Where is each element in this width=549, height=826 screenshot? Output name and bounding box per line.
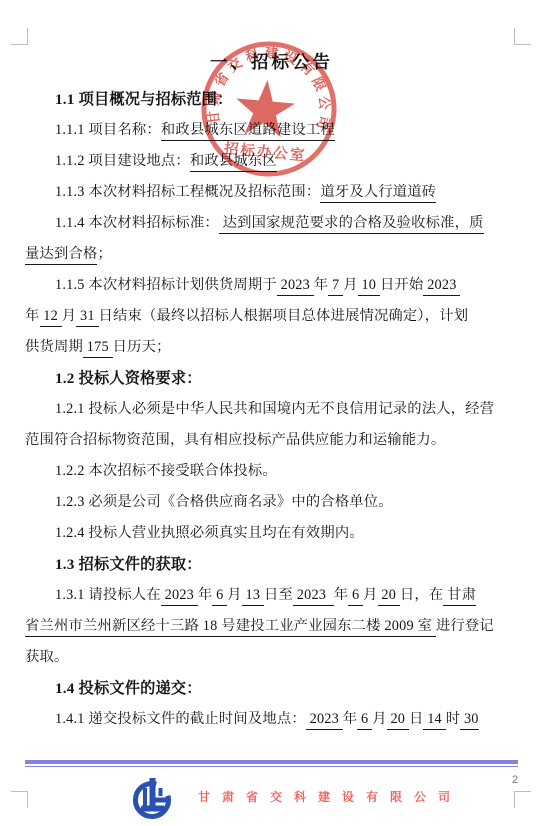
logo-tower-left	[143, 788, 147, 806]
paragraph-line: 供货周期 175 日历天；	[25, 332, 518, 363]
text-segment: 供货周期	[25, 339, 83, 355]
text-segment: 月	[343, 277, 358, 293]
paragraph-line: 1.2.1 投标人必须是中华人民共和国境内无不良信用记录的法人，经营	[25, 394, 518, 425]
text-segment: 年	[343, 711, 358, 727]
paragraph-line: 1.1.1 项目名称：和政县城东区道路建设工程	[25, 115, 518, 146]
document-lines: 1.1 项目概况与招标范围：1.1.1 项目名称：和政县城东区道路建设工程1.1…	[25, 84, 518, 735]
paragraph-line: 1.1.4 本次材料招标标准： 达到国家规范要求的合格及验收标准，质	[25, 208, 518, 239]
underlined-value: 13	[242, 587, 264, 606]
text-segment: 1.1 项目概况与招标范围：	[55, 91, 232, 108]
text-segment: 月	[363, 587, 378, 603]
text-segment: 1.1.4 本次材料招标标准：	[55, 215, 219, 231]
text-segment: 1.1.3 本次材料招标工程概况及招标范围：	[55, 184, 320, 200]
text-segment: 日至	[264, 587, 293, 603]
underlined-value: 省兰州市兰州新区经十三路 18 号建投工业产业园东二楼 2009 室	[25, 618, 436, 637]
text-segment: 范围符合招标物资范围，具有相应投标产品供应能力和运输能力。	[25, 432, 445, 448]
document-title: 一、招标公告	[25, 48, 518, 76]
text-segment: 1.4.1 递交投标文件的截止时间及地点：	[55, 711, 306, 727]
section-heading: 1.4 投标文件的递交：	[25, 673, 518, 704]
underlined-value: 2023	[306, 711, 343, 730]
text-segment: 1.1.5 本次材料招标计划供货周期于	[55, 277, 277, 293]
text-segment: 1.2.2 本次招标不接受联合体投标。	[55, 463, 277, 479]
paragraph-line: 1.1.5 本次材料招标计划供货周期于 2023 年 7 月 10 日开始 20…	[25, 270, 518, 301]
underlined-value: 2023	[293, 587, 334, 606]
text-segment: 时	[446, 711, 461, 727]
text-segment: 1.2.1 投标人必须是中华人民共和国境内无不良信用记录的法人，经营	[55, 401, 494, 417]
text-segment: 年	[198, 587, 213, 603]
text-segment: 1.4 投标文件的递交：	[55, 680, 202, 697]
underlined-value: 6	[212, 587, 227, 606]
footer-company-name: 甘 肃 省 交 科 建 设 有 限 公 司	[198, 788, 455, 805]
logo-tower-center	[150, 778, 156, 806]
logo-base	[140, 806, 166, 812]
text-segment: 日开始	[380, 277, 424, 293]
paragraph-line: 1.2.3 必须是公司《合格供应商名录》中的合格单位。	[25, 487, 518, 518]
text-segment: 月	[372, 711, 387, 727]
underlined-value: 6	[357, 711, 372, 730]
section-heading: 1.3 招标文件的获取：	[25, 549, 518, 580]
corner-mark-bottom-left	[11, 791, 28, 808]
text-segment: 日	[409, 711, 424, 727]
section-heading: 1.1 项目概况与招标范围：	[25, 84, 518, 115]
underlined-value: 31	[76, 308, 98, 327]
underlined-value: 道牙及人行道道砖	[320, 184, 436, 203]
logo-tower-right	[159, 788, 163, 796]
text-segment: 进行登记	[436, 618, 494, 634]
text-segment: 年	[314, 277, 329, 293]
underlined-value: 20	[378, 587, 400, 606]
underlined-value: 6	[348, 587, 363, 606]
text-segment: 1.1.1 项目名称：	[55, 122, 161, 138]
paragraph-line: 量达到合格；	[25, 239, 518, 270]
text-segment: 1.2 投标人资格要求：	[55, 370, 202, 387]
paragraph-line: 1.2.2 本次招标不接受联合体投标。	[25, 456, 518, 487]
text-segment: ；	[97, 246, 112, 262]
text-segment: 日结束（最终以招标人根据项目总体进展情况确定），计划	[99, 308, 469, 324]
text-segment: 1.2.4 投标人营业执照必须真实且均在有效期内。	[55, 525, 364, 541]
corner-mark-top-right	[514, 28, 531, 45]
underlined-value: 2023	[277, 277, 314, 296]
paragraph-line: 1.1.3 本次材料招标工程概况及招标范围：道牙及人行道道砖	[25, 177, 518, 208]
text-segment: 获取。	[25, 649, 69, 665]
footer-divider-thick	[25, 760, 518, 764]
document-body: 一、招标公告 1.1 项目概况与招标范围：1.1.1 项目名称：和政县城东区道路…	[25, 48, 518, 735]
underlined-value: 175	[83, 339, 113, 358]
underlined-value: 达到国家规范要求的合格及验收标准，质	[219, 215, 484, 234]
paragraph-line: 1.1.2 项目建设地点：和政县城东区	[25, 146, 518, 177]
text-segment: 日历天；	[113, 339, 171, 355]
document-page: 一、招标公告 1.1 项目概况与招标范围：1.1.1 项目名称：和政县城东区道路…	[0, 0, 549, 826]
underlined-value: 10	[358, 277, 380, 296]
underlined-value: 2023	[161, 587, 198, 606]
underlined-value: 和政县城东区道路建设工程	[161, 122, 335, 141]
underlined-value: 30	[460, 711, 478, 730]
text-segment: 年	[334, 587, 349, 603]
page-number: 2	[512, 774, 518, 786]
text-segment: 日，在	[400, 587, 444, 603]
paragraph-line: 1.4.1 递交投标文件的截止时间及地点： 2023 年 6 月 20 日 14…	[25, 704, 518, 735]
paragraph-line: 1.3.1 请投标人在 2023 年 6 月 13 日至 2023 年 6 月 …	[25, 580, 518, 611]
paragraph-line: 年 12 月 31 日结束（最终以招标人根据项目总体进展情况确定），计划	[25, 301, 518, 332]
paragraph-line: 省兰州市兰州新区经十三路 18 号建投工业产业园东二楼 2009 室 进行登记	[25, 611, 518, 642]
paragraph-line: 1.2.4 投标人营业执照必须真实且均在有效期内。	[25, 518, 518, 549]
text-segment: 月	[62, 308, 77, 324]
underlined-value: 14	[423, 711, 445, 730]
text-segment: 月	[227, 587, 242, 603]
company-logo-icon	[130, 774, 176, 820]
underlined-value: 20	[387, 711, 409, 730]
corner-mark-top-left	[11, 28, 28, 45]
text-segment: 1.3 招标文件的获取：	[55, 556, 202, 573]
text-segment: 1.3.1 请投标人在	[55, 587, 161, 603]
paragraph-line: 获取。	[25, 642, 518, 673]
underlined-value: 量达到合格	[25, 246, 97, 265]
underlined-value: 和政县城东区	[190, 153, 277, 172]
underlined-value: 12	[40, 308, 62, 327]
text-segment: 年	[25, 308, 40, 324]
underlined-value: 2023	[423, 277, 460, 296]
section-heading: 1.2 投标人资格要求：	[25, 363, 518, 394]
underlined-value: 7	[328, 277, 343, 296]
corner-mark-bottom-right	[514, 791, 531, 808]
text-segment: 1.1.2 项目建设地点：	[55, 153, 190, 169]
paragraph-line: 范围符合招标物资范围，具有相应投标产品供应能力和运输能力。	[25, 425, 518, 456]
logo-crossbar	[154, 798, 169, 803]
footer-divider-thin	[25, 766, 518, 767]
underlined-value: 甘肃	[443, 587, 476, 606]
text-segment: 1.2.3 必须是公司《合格供应商名录》中的合格单位。	[55, 494, 393, 510]
